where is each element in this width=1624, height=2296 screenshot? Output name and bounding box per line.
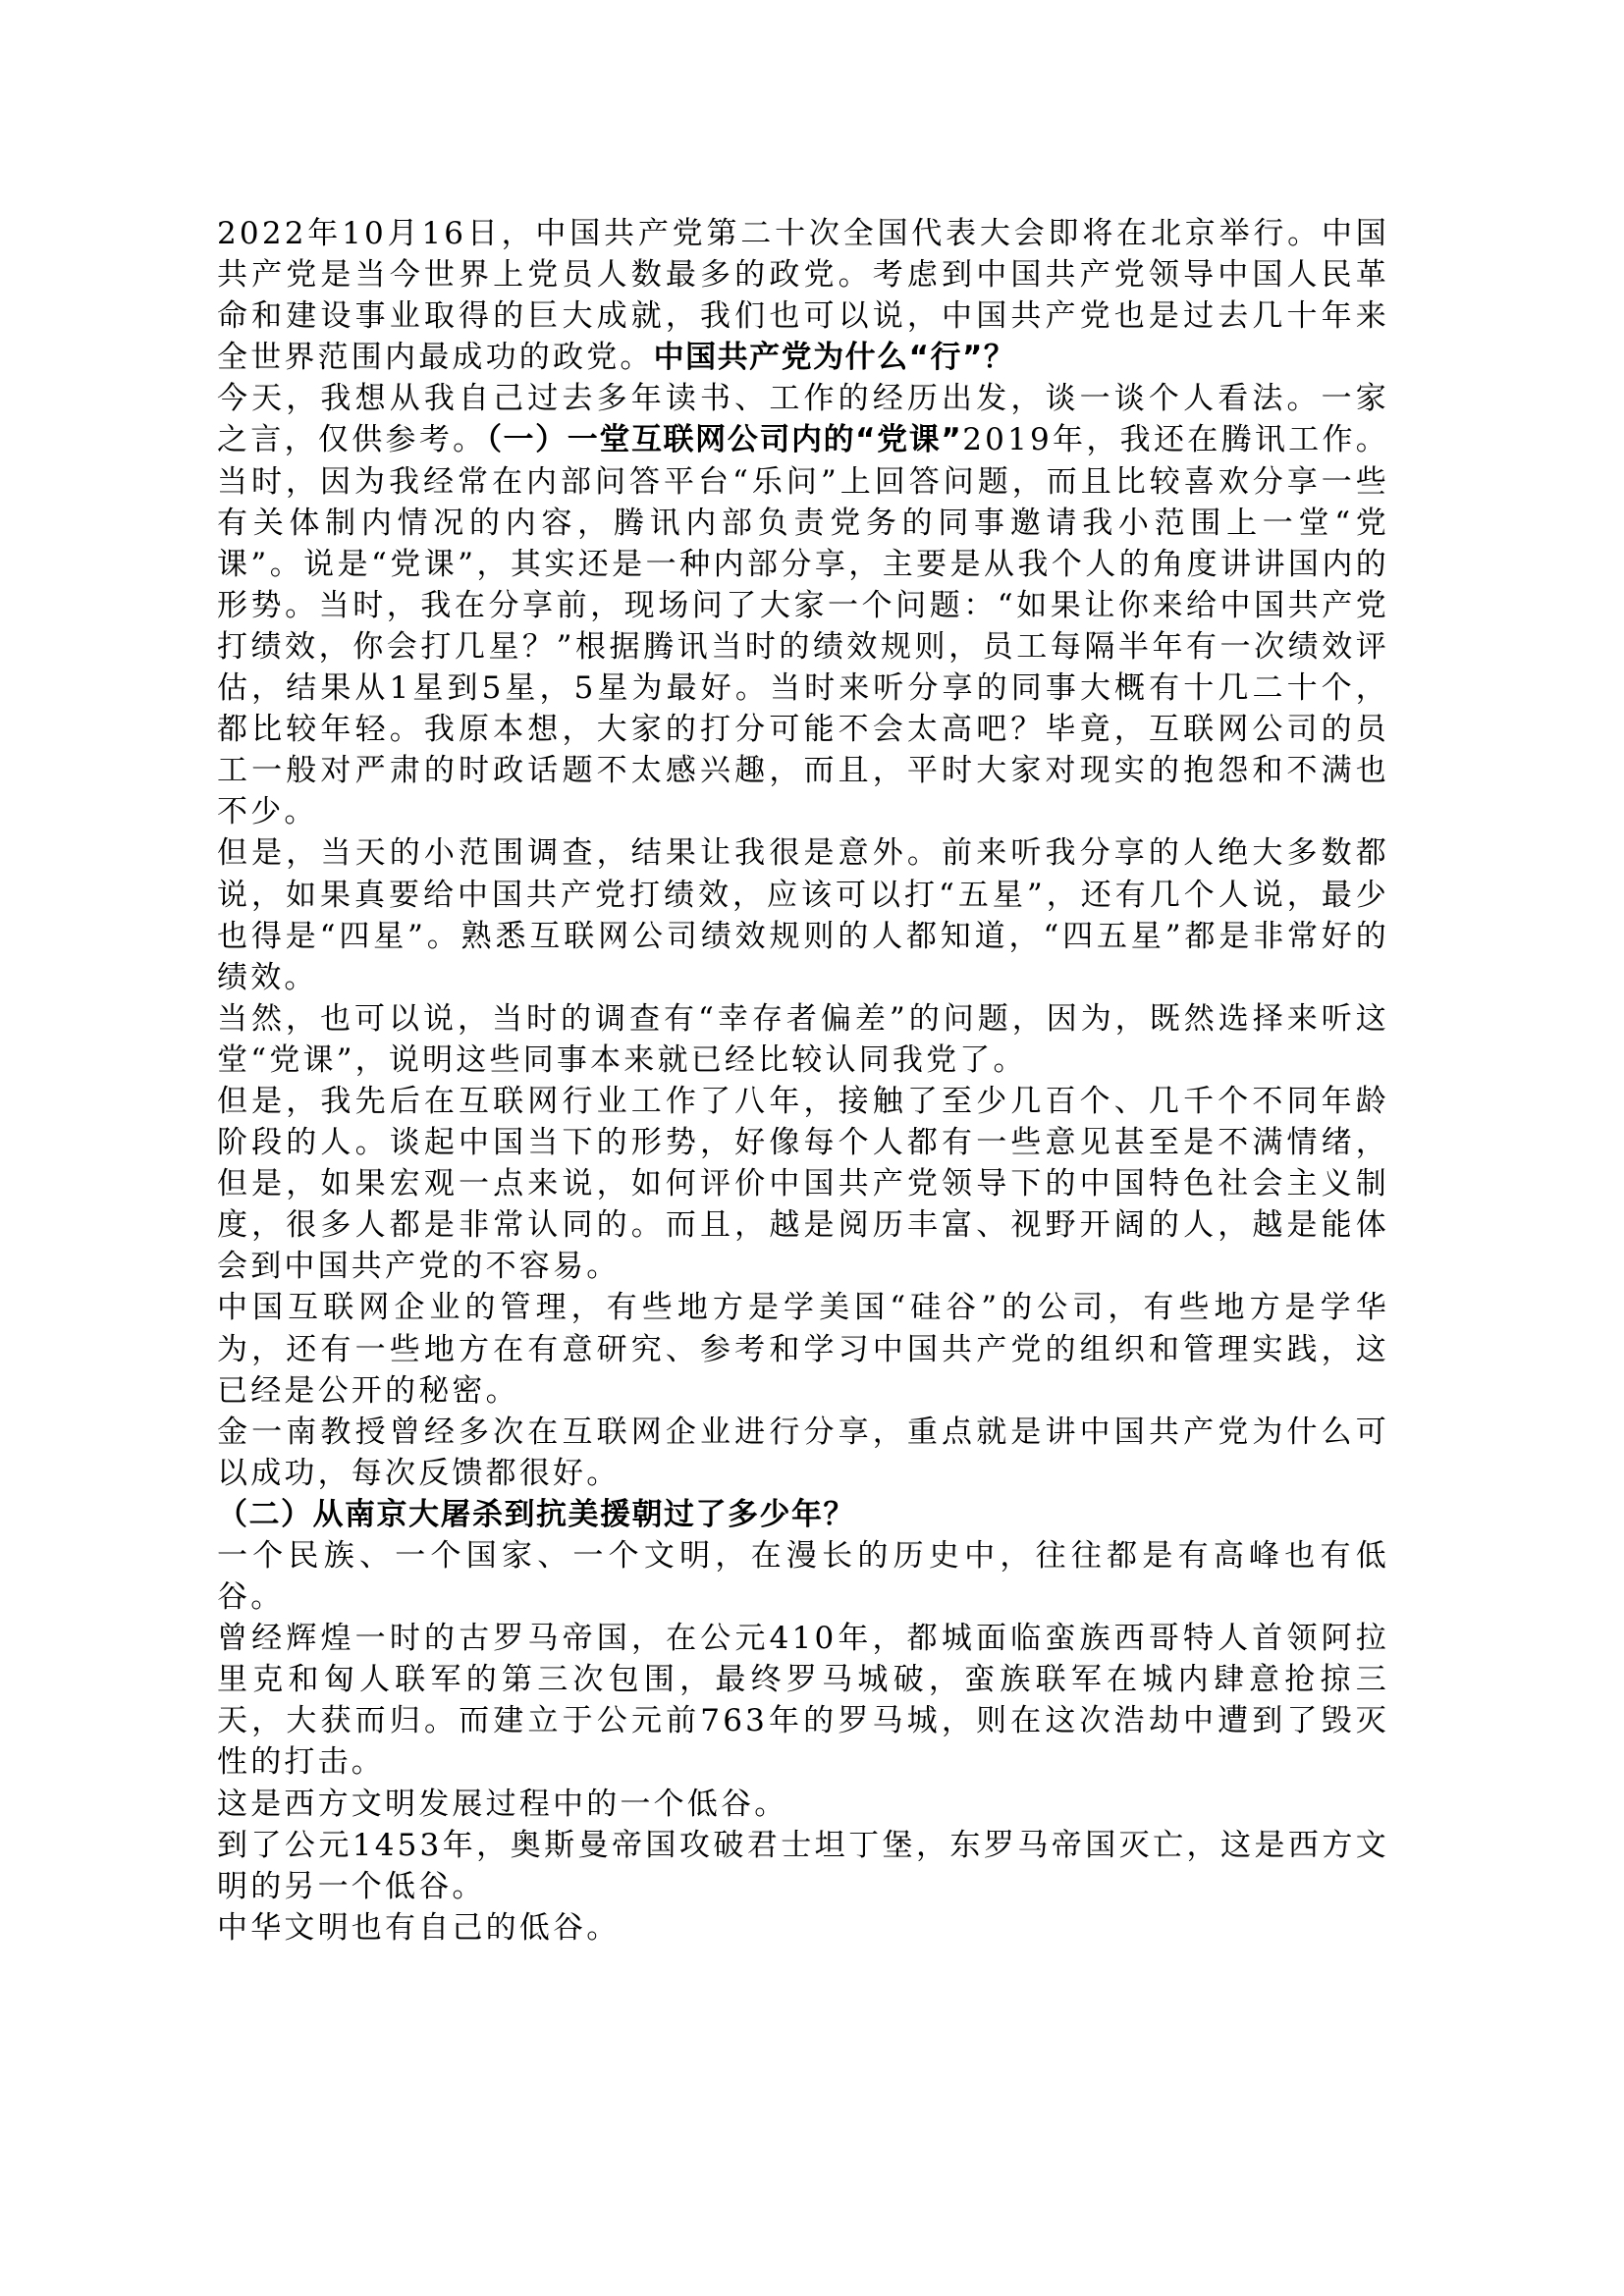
paragraph: 当然，也可以说，当时的调查有“幸存者偏差”的问题，因为，既然选择来听这堂“党课”… [217,998,1389,1081]
paragraph-party-lesson: 今天，我想从我自己过去多年读书、工作的经历出发，谈一谈个人看法。一家之言，仅供参… [217,378,1389,832]
paragraph: 但是，当天的小范围调查，结果让我很是意外。前来听我分享的人绝大多数都说，如果真要… [217,832,1389,997]
paragraph-text: 2019年，我还在腾讯工作。当时，因为我经常在内部问答平台“乐问”上回答问题，而… [217,422,1389,829]
document-page: 2022年10月16日，中国共产党第二十次全国代表大会即将在北京举行。中国共产党… [217,213,1389,1949]
paragraph: 曾经辉煌一时的古罗马帝国，在公元410年，都城面临蛮族西哥特人首领阿拉里克和匈人… [217,1618,1389,1783]
paragraph-intro: 2022年10月16日，中国共产党第二十次全国代表大会即将在北京举行。中国共产党… [217,213,1389,378]
section-heading-1: （一）一堂互联网公司内的“党课” [486,422,962,457]
paragraph: 一个民族、一个国家、一个文明，在漫长的历史中，往往都是有高峰也有低谷。 [217,1535,1389,1618]
paragraph: 到了公元1453年，奥斯曼帝国攻破君士坦丁堡，东罗马帝国灭亡，这是西方文明的另一… [217,1825,1389,1907]
paragraph: 中华文明也有自己的低谷。 [217,1907,1389,1949]
paragraph: 金一南教授曾经多次在互联网企业进行分享，重点就是讲中国共产党为什么可以成功，每次… [217,1412,1389,1494]
paragraph: 中国互联网企业的管理，有些地方是学美国“硅谷”的公司，有些地方是学华为，还有一些… [217,1287,1389,1411]
bold-question: 中国共产党为什么“行”？ [654,340,1016,375]
paragraph: 这是西方文明发展过程中的一个低谷。 [217,1784,1389,1825]
section-heading-2: （二）从南京大屠杀到抗美援朝过了多少年？ [217,1494,1389,1535]
paragraph: 但是，我先后在互联网行业工作了八年，接触了至少几百个、几千个不同年龄阶段的人。谈… [217,1081,1389,1287]
